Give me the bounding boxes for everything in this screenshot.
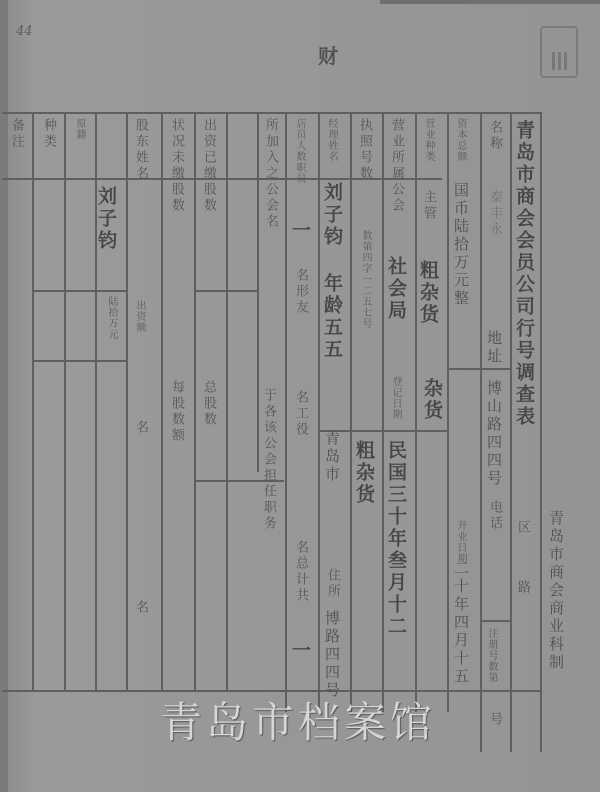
staff-names: 名形友 bbox=[294, 268, 307, 316]
scan-edge-top bbox=[380, 0, 600, 4]
registration-label: 注册号数第 bbox=[486, 628, 496, 683]
type-label: 种类 bbox=[42, 118, 55, 150]
business-type-label: 营业所属公会 bbox=[390, 118, 403, 214]
residence-value: 博路四四号 bbox=[324, 610, 339, 700]
category-mark: 财 bbox=[318, 40, 338, 69]
line-of-business-value-a: 杂货 bbox=[422, 378, 441, 422]
col-divider bbox=[447, 112, 449, 712]
col-divider bbox=[350, 112, 352, 712]
registration-suffix: 号 bbox=[488, 712, 501, 728]
shareholder-name-label: 名 bbox=[134, 600, 147, 616]
phone-label: 电话 bbox=[488, 500, 501, 532]
manager-value: 刘子钧 年龄五五 bbox=[322, 182, 341, 361]
license-value: 数第四字一二五七号 bbox=[360, 230, 370, 329]
col-divider bbox=[32, 112, 34, 692]
col-divider bbox=[126, 112, 128, 692]
col-divider bbox=[194, 112, 196, 692]
district-label: 区 bbox=[516, 520, 529, 536]
business-type-value: 社会局 bbox=[386, 256, 405, 322]
paid-shares-label: 出资已缴股数 bbox=[202, 118, 215, 214]
owner-value: 粗杂货 bbox=[418, 260, 437, 326]
total-count: 一 bbox=[290, 640, 309, 662]
cell-divider bbox=[480, 620, 510, 622]
page-number: 44 bbox=[16, 24, 33, 39]
name-label: 名称 bbox=[488, 120, 501, 152]
archive-seal-icon bbox=[540, 26, 578, 78]
staff-label: 店员人数职员 bbox=[294, 118, 304, 184]
registration-date-label: 登记日期 bbox=[390, 376, 400, 420]
col-divider bbox=[510, 112, 512, 752]
association-label: 所加入之公会名 bbox=[264, 118, 277, 230]
col-divider bbox=[285, 112, 287, 712]
residence-label: 住所 bbox=[326, 568, 339, 600]
form-issuer: 青岛市商会商业科制 bbox=[548, 510, 563, 672]
association-value: 青岛市 bbox=[324, 430, 339, 484]
col-divider bbox=[382, 112, 384, 712]
manager-label: 经理姓名 bbox=[326, 118, 336, 162]
road-label: 路 bbox=[516, 580, 529, 596]
col-divider bbox=[415, 112, 417, 712]
line-of-business-value: 粗杂货 bbox=[354, 440, 373, 506]
registration-date-value: 民国三十年叁月十二 bbox=[386, 440, 405, 638]
address-label: 地址 bbox=[486, 330, 501, 366]
opening-date-value: 二十年四月十五 bbox=[453, 560, 468, 686]
col-divider bbox=[161, 112, 163, 692]
per-share-label: 每股数额 bbox=[170, 380, 183, 444]
contribution-label: 出资额 bbox=[134, 300, 144, 333]
owner-label: 主管 bbox=[422, 190, 435, 222]
col-divider bbox=[226, 112, 228, 692]
staff-count: 一 bbox=[290, 220, 309, 242]
col-divider bbox=[540, 112, 542, 752]
capital-label: 资本总额 bbox=[455, 118, 465, 162]
cell-divider bbox=[32, 360, 127, 362]
capital-value: 国币陆拾万元整 bbox=[453, 182, 468, 308]
total-label: 名总计共 bbox=[294, 540, 307, 604]
name-value: 泰丰永 bbox=[488, 190, 501, 238]
table-top-border bbox=[2, 112, 542, 114]
col-divider bbox=[318, 112, 320, 712]
col-divider bbox=[257, 112, 259, 472]
shareholder-note: 陆拾万元 bbox=[106, 296, 116, 340]
cell-divider bbox=[194, 290, 257, 292]
workers-label: 名工役 bbox=[294, 390, 307, 438]
form-title: 青岛市商会会员公司行号调查表 bbox=[514, 120, 533, 428]
archive-watermark: 青岛市档案馆 bbox=[160, 690, 436, 750]
cell-divider bbox=[447, 368, 510, 370]
header-row-divider bbox=[2, 178, 442, 180]
line-of-business-label: 营业种类 bbox=[423, 118, 433, 162]
address-value: 博山路四四号 bbox=[486, 380, 501, 488]
col-divider bbox=[480, 112, 482, 752]
license-label: 执照号数 bbox=[358, 118, 371, 182]
shareholder-label: 股东姓名 bbox=[134, 118, 147, 182]
opening-date-label: 开业日期 bbox=[455, 520, 465, 564]
scan-edge-left bbox=[0, 0, 8, 792]
shareholder-name-label: 名 bbox=[134, 420, 147, 436]
cell-divider bbox=[32, 290, 127, 292]
origin-label: 原籍 bbox=[74, 118, 84, 140]
col-divider bbox=[64, 112, 66, 692]
total-shares-label: 总股数 bbox=[202, 380, 215, 428]
remarks-label: 备注 bbox=[10, 118, 23, 150]
association-role-label: 于各该公会担任职务 bbox=[262, 388, 275, 532]
unpaid-shares-label: 状况未缴股数 bbox=[170, 118, 183, 214]
shareholder-value: 刘子钧 bbox=[96, 186, 115, 252]
